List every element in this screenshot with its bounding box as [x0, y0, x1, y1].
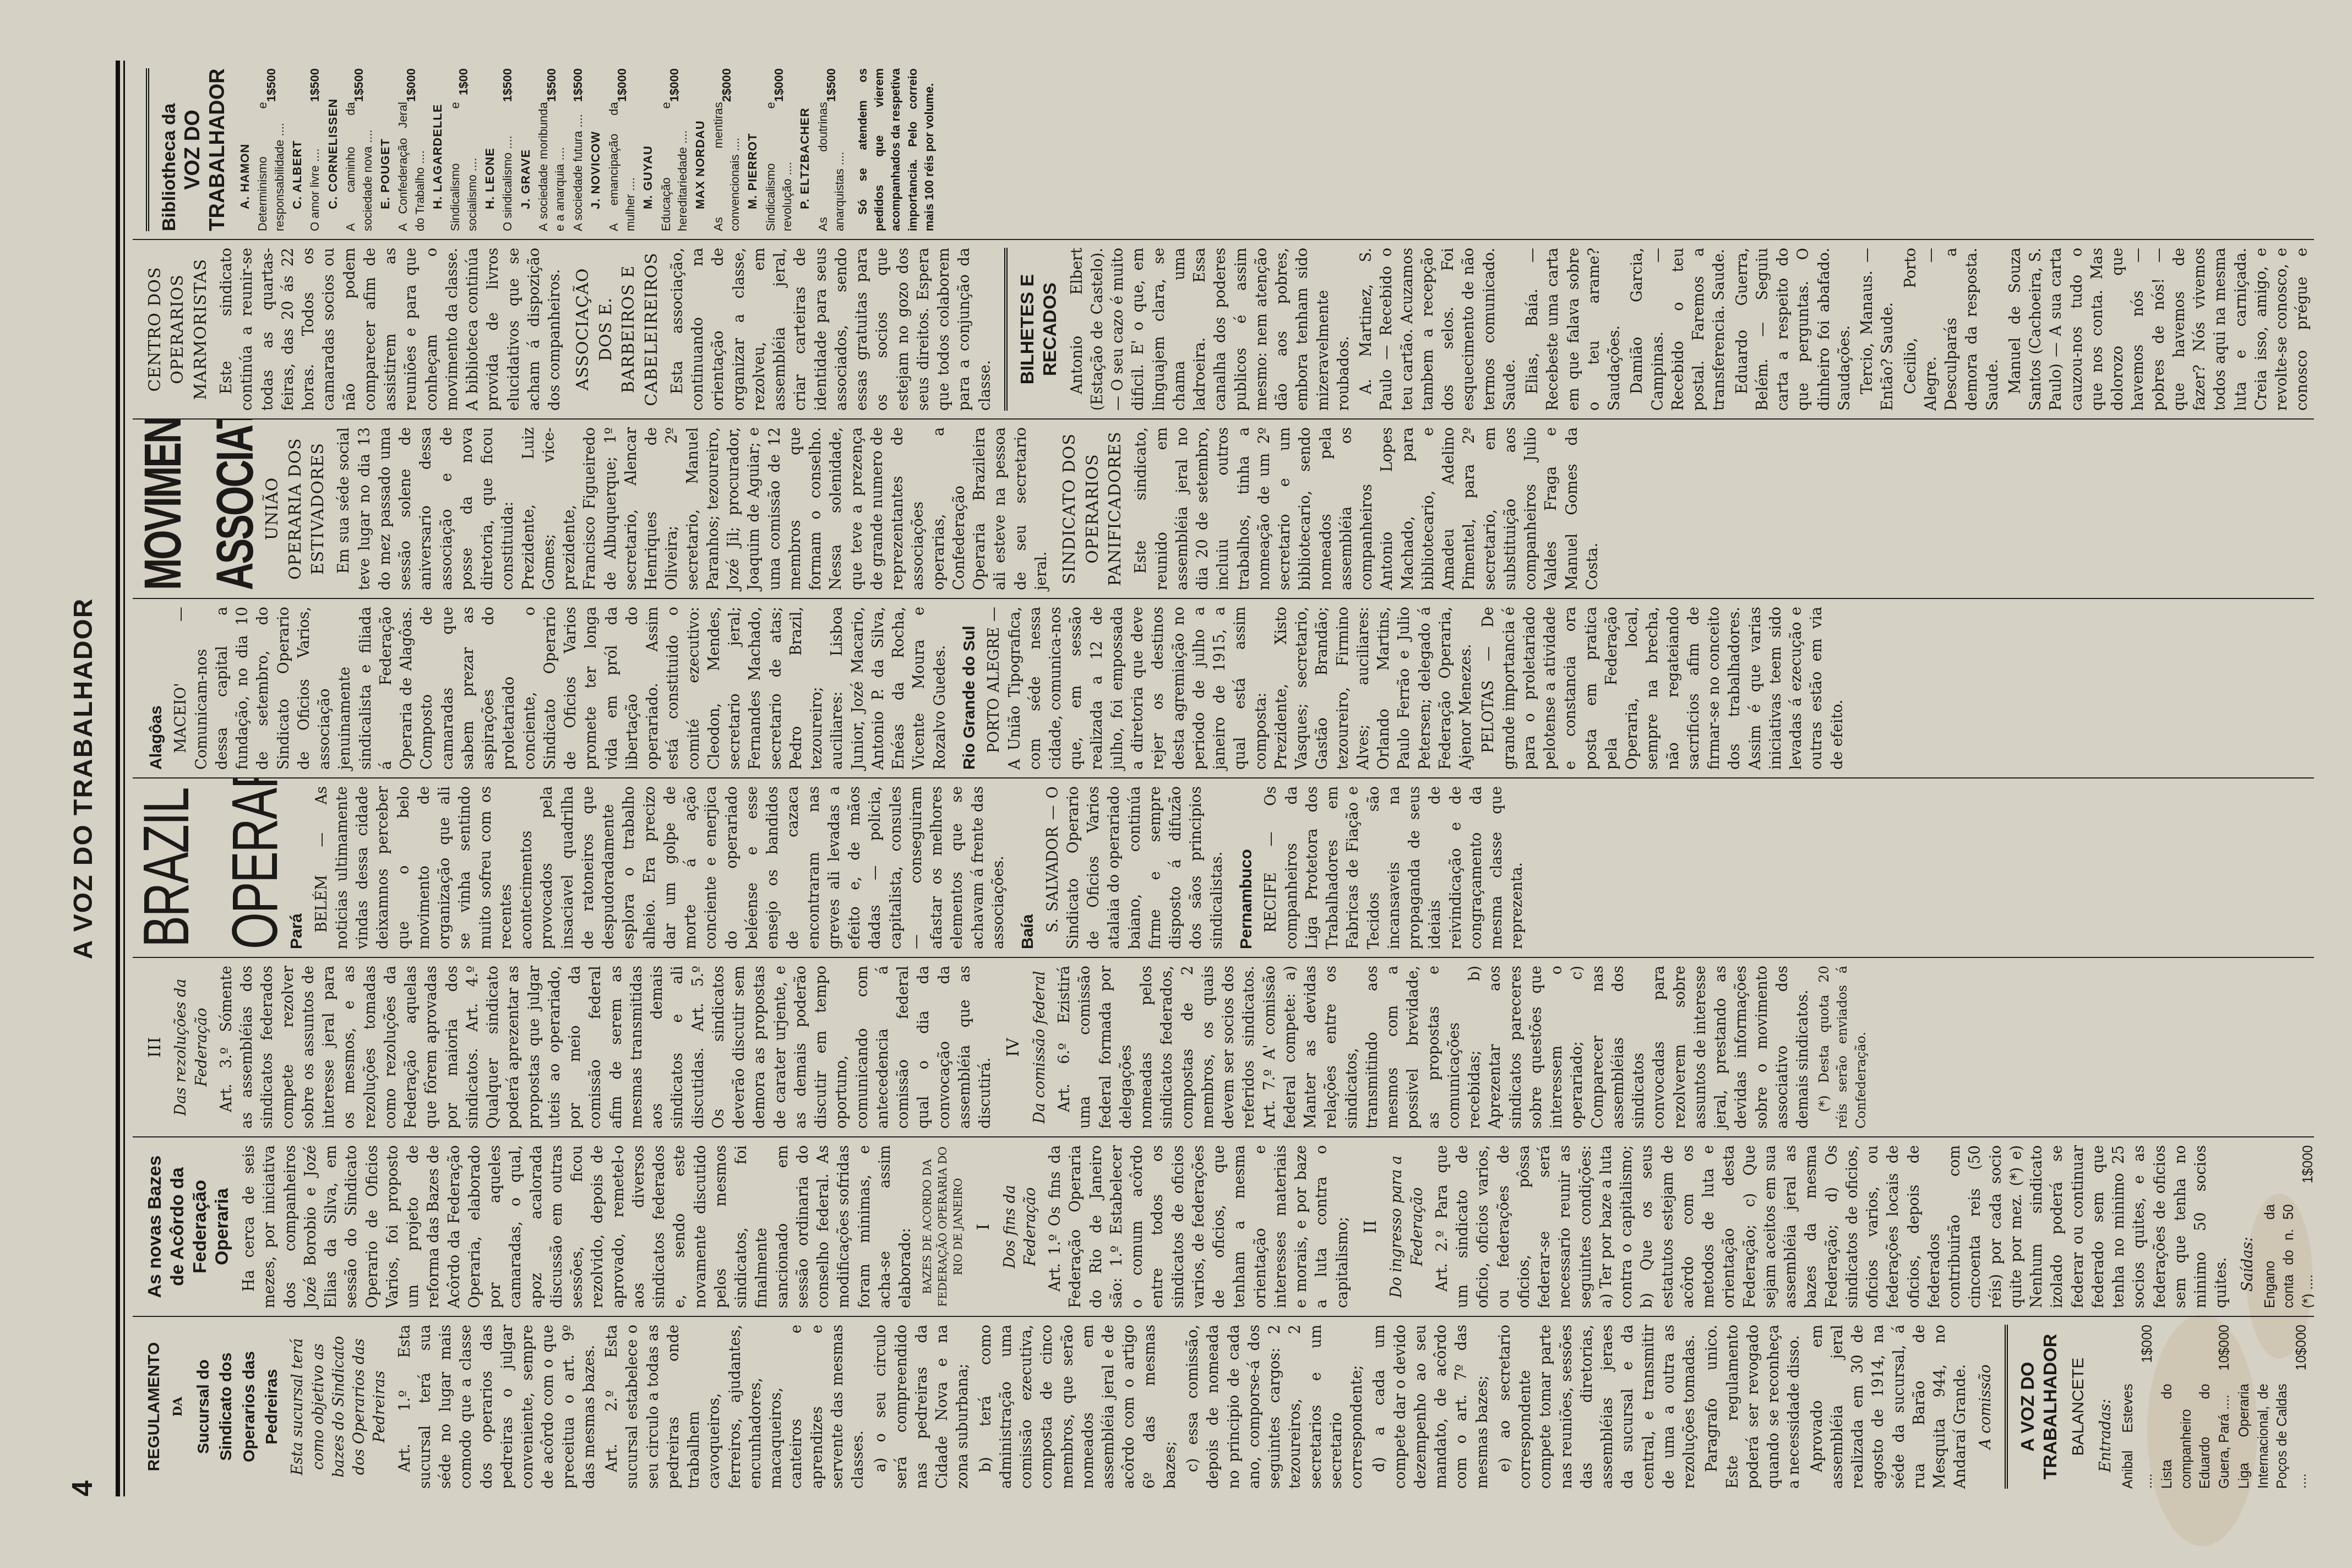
estivadores-heading: UNIÃO OPERARIA DOS ESTIVADORES	[261, 427, 329, 590]
book-author: A. HAMON	[236, 68, 254, 231]
ledger-row: Listas de 100 réis entregues ....158$600	[2311, 1325, 2314, 1489]
region-baia: Baía	[1016, 786, 1039, 949]
balancete-subtitle: BALANCETE	[2067, 1325, 2089, 1489]
page-number: 4	[66, 1479, 99, 1496]
book-item: A caminho da sociedade nova ....1$500	[342, 68, 377, 231]
author-name: C. CORNELISSEN	[324, 68, 342, 231]
ledger-value: 10$000	[2157, 1325, 2234, 1384]
author-name: H. LEONE	[481, 68, 499, 231]
regulamento-intro: Esta sucursal terá como objetivo as baze…	[287, 1325, 390, 1489]
book-price: 1$000	[762, 68, 797, 102]
ledger-value: 1$000	[2260, 1145, 2314, 1204]
book-author: M. PIERROT	[744, 68, 761, 231]
book-item: Sindicalismo e socialismo ....1$00	[447, 68, 481, 231]
book-title: Determinismo e responsabilidade ....	[254, 102, 288, 231]
bilhete-item: Eduardo Guerra, Belém. — Seguiu carta a …	[1732, 248, 1855, 411]
ledger-label: Listas de 100 réis entregues ....	[2311, 1384, 2314, 1489]
marmoristas-heading: CENTRO DOS OPERARIOS MARMORISTAS	[144, 248, 212, 411]
book-item: A Confederação Jeral do Trabalho ....1$0…	[394, 68, 429, 231]
column-bibliotheca: Bibliotheca da VOZ DO TRABALHADOR A. HAM…	[133, 61, 2314, 240]
book-item: Educação e hereditariedade ....1$000	[657, 68, 692, 231]
rio-grande-text: PORTO ALEGRE — A União Tipografica, com …	[984, 607, 1476, 770]
estivadores-text: Em sua séde social teve lugar no dia 13 …	[334, 427, 1052, 590]
book-author: MAX NORDAU	[692, 68, 709, 231]
bazes-footnote: (*) Desta quota 20 réis serão enviados á…	[1815, 966, 1870, 1129]
author-name: P. ELTZBACHER	[796, 68, 814, 231]
book-item: Determinismo e responsabilidade ....1$50…	[254, 68, 288, 231]
author-name: C. ALBERT	[288, 68, 306, 231]
bilhetes-list: Antonio Elbert (Estação de Castelo). — O…	[1067, 248, 2314, 411]
book-item: A emancipação da mulher ....1$000	[605, 68, 640, 231]
column-movimento: MOVIMENTO ASSOCIATIVO UNIÃO OPERARIA DOS…	[133, 420, 2314, 599]
book-title: Sindicalismo e socialismo ....	[447, 102, 481, 231]
newspaper-title: A VOZ DO TRABALHADOR	[68, 78, 99, 1479]
pelotas-text: PELOTAS — De grande importancia é para o…	[1478, 607, 1848, 770]
ledger-label: Engano da conta do n. 50 (*) ....	[2260, 1204, 2314, 1308]
bilhetes-title: BILHETES E RECADOS	[1016, 248, 1061, 411]
column-bazes-continued: III Das rezoluções da Federação Art. 3.º…	[133, 958, 2314, 1137]
book-author: H. LEONE	[481, 68, 499, 231]
ledger-value: 10$000	[2234, 1325, 2311, 1384]
book-price: 1$00	[447, 68, 481, 102]
book-item: As doutrinas anarquistas ....1$500	[814, 68, 849, 231]
marmoristas-text: Este sindicato continúa a reunir-se toda…	[216, 248, 565, 411]
author-name: M. GUYAU	[639, 68, 657, 231]
author-name: E. POUGET	[377, 68, 394, 231]
entradas-label: Entradas:	[2095, 1325, 2116, 1472]
bilhete-item: A. Martinez, S. Paulo — Recebido o teu c…	[1356, 248, 1520, 411]
book-price: 1$500	[499, 68, 516, 102]
author-name: A. HAMON	[236, 68, 254, 231]
regulamento-title: REGULAMENTO	[143, 1325, 165, 1489]
book-title: As mentiras convencionais ....	[710, 102, 744, 231]
ledger-label: Liga Operaria Internacional, de Poços de…	[2234, 1384, 2311, 1489]
balancete-title: A VOZ DO TRABALHADOR	[2017, 1325, 2062, 1489]
book-item: O sindicalismo ....1$500	[499, 68, 516, 231]
bazes-section1-num: I	[972, 1145, 995, 1308]
alagoas-text: MACEIO' — Comunicam-nos dessa capital a …	[171, 607, 950, 770]
bazes-section3-title: Das rezoluções da Federação	[171, 966, 212, 1129]
book-price: 1$500	[535, 68, 569, 102]
book-price: 1$000	[657, 68, 692, 102]
ledger-row: Engano da conta do n. 50 (*) ....1$000	[2260, 1145, 2314, 1308]
book-item: A sociedade futura ....1$500	[569, 68, 587, 231]
bilhete-item: Cecilio, Porto Alegre. — Desculparás a d…	[1901, 248, 2003, 411]
panificadores-heading: SINDICATO DOS OPERARIOS PANIFICADORES	[1058, 427, 1126, 590]
bazes-title: As novas Bazes de Acôrdo da Federação Op…	[144, 1145, 233, 1308]
column-associacoes: CENTRO DOS OPERARIOS MARMORISTAS Este si…	[133, 240, 2314, 420]
author-name: MAX NORDAU	[692, 68, 709, 231]
book-title: As doutrinas anarquistas ....	[814, 102, 849, 231]
regulamento-item-d: d) a cada um compete dar o devido dezemp…	[1369, 1325, 1493, 1489]
region-pernambuco: Pernambuco	[1235, 786, 1257, 949]
book-price: 1$000	[394, 68, 429, 102]
bilhete-item: Elias, Baía. — Recebeste uma carta em qu…	[1522, 248, 1625, 411]
book-author: C. CORNELISSEN	[324, 68, 342, 231]
ledger-row: Lista do companheiro Eduardo do Guera, P…	[2157, 1325, 2234, 1489]
saidas-table: Engano da conta do n. 50 (*) ....1$000De…	[2260, 1145, 2314, 1308]
brazil-operario-title: BRAZIL OPERARIO	[133, 786, 300, 949]
book-title: A sociedade futura ....	[569, 102, 587, 231]
book-title: A emancipação da mulher ....	[605, 102, 640, 231]
bazes-section1-body: Art. 1.º Os fins da Federação Operaria d…	[1045, 1145, 1353, 1308]
regulamento-item-a: a) o seu circulo será compreendido nas p…	[870, 1325, 973, 1489]
bazes-section2-title: Do ingresso para a Federação	[1386, 1145, 1428, 1308]
ledger-row: Liga Operaria Internacional, de Poços de…	[2234, 1325, 2311, 1489]
barbeiros-heading: ASSOCIAÇÃO DOS E. BARBEIROS E CABELEIREI…	[571, 248, 663, 411]
book-author: J. NOVICOW	[587, 68, 605, 231]
author-name: H. LAGARDELLE	[429, 68, 447, 231]
bazes-section4-num: IV	[1002, 966, 1025, 1129]
ledger-row: Anibal Esteves ....1$000	[2118, 1325, 2157, 1489]
bazes-section1-title: Dos fins da Federação	[1000, 1145, 1041, 1308]
book-author: E. POUGET	[377, 68, 394, 231]
bazes-section2-body: Art. 2.º Para que um sindicato de oficio…	[1432, 1145, 2232, 1308]
bibliotheca-note: Só se atendem os pedidos que vierem acom…	[854, 68, 938, 231]
section-separator	[146, 68, 149, 231]
regulamento-closing: Paragrafo unico. Este regulamento poderá…	[1702, 1325, 1804, 1489]
ledger-label: Lista do companheiro Eduardo do Guera, P…	[2157, 1384, 2234, 1489]
author-name: J. NOVICOW	[587, 68, 605, 231]
book-price: 1$000	[605, 68, 640, 102]
regulamento-subtitle: Sucursal do Sindicato dos Operarios das …	[192, 1325, 284, 1489]
book-title: A sociedade moribunda e a anarquia ....	[535, 102, 569, 231]
region-alagoas: Alagôas	[145, 607, 167, 770]
book-title: Sindicalismo e revolução ....	[762, 102, 797, 231]
bibliotheca-title-line2: VOZ DO TRABALHADOR	[181, 68, 231, 231]
book-title: Educação e hereditariedade ....	[657, 102, 692, 231]
book-price: 1$500	[306, 68, 324, 102]
book-author: M. GUYAU	[639, 68, 657, 231]
book-author: J. GRAVE	[517, 68, 535, 231]
bilhete-item: Antonio Elbert (Estação de Castelo). — O…	[1067, 248, 1354, 411]
author-name: J. GRAVE	[517, 68, 535, 231]
masthead-rule	[116, 61, 125, 1496]
column-regions: Alagôas MACEIO' — Comunicam-nos dessa ca…	[133, 599, 2314, 778]
bazes-section4-body: Art. 6.º Ezistirá uma comissão federal f…	[1054, 966, 1813, 1129]
pernambuco-text: RECIFE — Os companheiros da Liga Proteto…	[1261, 786, 1527, 949]
book-item: A sociedade moribunda e a anarquia ....1…	[535, 68, 569, 231]
bazes-section2-num: II	[1359, 1145, 1382, 1308]
book-price: 1$500	[254, 68, 288, 102]
bazes-caption: BAZES DE ACORDO DA FEDERAÇÃO OPERARIA DO…	[920, 1145, 966, 1308]
book-author: P. ELTZBACHER	[796, 68, 814, 231]
author-name: M. PIERROT	[744, 68, 761, 231]
book-author: H. LAGARDELLE	[429, 68, 447, 231]
ledger-value: 1$000	[2118, 1325, 2157, 1384]
regulamento-da: DA	[170, 1325, 186, 1489]
para-text: BELÉM — As noticias ultimamente vindas d…	[312, 786, 1009, 949]
newspaper-page: 4 A VOZ DO TRABALHADOR 4 REGULAMENTO DA …	[0, 0, 2352, 1568]
barbeiros-text: Esta associação, continuando na orientaç…	[667, 248, 995, 411]
book-price: 1$500	[569, 68, 587, 102]
entradas-table: Anibal Esteves ....1$000Lista do companh…	[2118, 1325, 2314, 1489]
regulamento-item-e: e) ao secretario correspondente compete …	[1495, 1325, 1700, 1489]
saidas-label: Saídas:	[2237, 1145, 2258, 1292]
book-price: 1$500	[814, 68, 849, 102]
section-separator	[2005, 1325, 2008, 1489]
bibliotheca-book-list: A. HAMONDeterminismo e responsabilidade …	[236, 68, 849, 231]
columns: REGULAMENTO DA Sucursal do Sindicato dos…	[133, 61, 2314, 1496]
book-item: As mentiras convencionais ....2$000	[710, 68, 744, 231]
book-author: C. ALBERT	[288, 68, 306, 231]
column-bazes: As novas Bazes de Acôrdo da Federação Op…	[133, 1137, 2314, 1317]
movimento-title: MOVIMENTO ASSOCIATIVO	[133, 427, 271, 590]
bazes-section3-body: Art. 3.º Sómente as assembléias dos sind…	[216, 966, 996, 1129]
column-regulamento: REGULAMENTO DA Sucursal do Sindicato dos…	[133, 1317, 2314, 1496]
bilhete-item: Damião Garcia, Campinas. — Recebido o te…	[1627, 248, 1729, 411]
book-price: 1$500	[342, 68, 377, 102]
panificadores-text: Este sindicato, reunido em assembléia je…	[1131, 427, 1603, 590]
book-item: Sindicalismo e revolução ....1$000	[762, 68, 797, 231]
masthead: 4 A VOZ DO TRABALHADOR 4	[66, 61, 116, 1496]
book-price: 2$000	[710, 68, 744, 102]
region-rio-grande: Rio Grande do Sul	[958, 607, 981, 770]
baia-text: S. SALVADOR — O Sindicato Operario de Of…	[1043, 786, 1227, 949]
bazes-intro: Ha cerca de seis mezes, por iniciativa d…	[239, 1145, 916, 1308]
regulamento-approved: Aprovado em assembléia jeral realizada e…	[1807, 1325, 1971, 1489]
regulamento-art2: Art. 2.º Esta sucursal estabelece o seu …	[602, 1325, 868, 1489]
ledger-label: Anibal Esteves ....	[2118, 1384, 2157, 1489]
book-title: O sindicalismo ....	[499, 102, 516, 231]
book-title: A caminho da sociedade nova ....	[342, 102, 377, 231]
book-title: A Confederação Jeral do Trabalho ....	[394, 102, 429, 231]
bilhete-item: Manuel de Souza Santos (Cachoeira, S. Pa…	[2005, 248, 2314, 411]
regulamento-item-b: b) terá como administração uma comissão …	[976, 1325, 1181, 1489]
page-body: 4 A VOZ DO TRABALHADOR 4 REGULAMENTO DA …	[66, 61, 2319, 1496]
regulamento-art1: Art. 1.º Esta sucursal terá sua séde no …	[395, 1325, 600, 1489]
column-brazil-operario: BRAZIL OPERARIO Pará BELÉM — As noticias…	[133, 778, 2314, 958]
bazes-section3-num: III	[144, 966, 166, 1129]
ledger-value: 158$600	[2311, 1325, 2314, 1384]
book-item: O amor livre ....1$500	[306, 68, 324, 231]
bazes-section4-title: Da comissão federal	[1030, 966, 1050, 1129]
bilhete-item: Tercio, Manaus. — Então? Saude.	[1857, 248, 1898, 411]
regulamento-signature: A comissão	[1975, 1325, 1996, 1489]
book-title: O amor livre ....	[306, 102, 324, 231]
regulamento-item-c: c) essa comissão, depois de nomeada no p…	[1183, 1325, 1367, 1489]
section-separator	[1004, 248, 1008, 411]
bibliotheca-title-line1: Bibliotheca da	[158, 68, 181, 231]
